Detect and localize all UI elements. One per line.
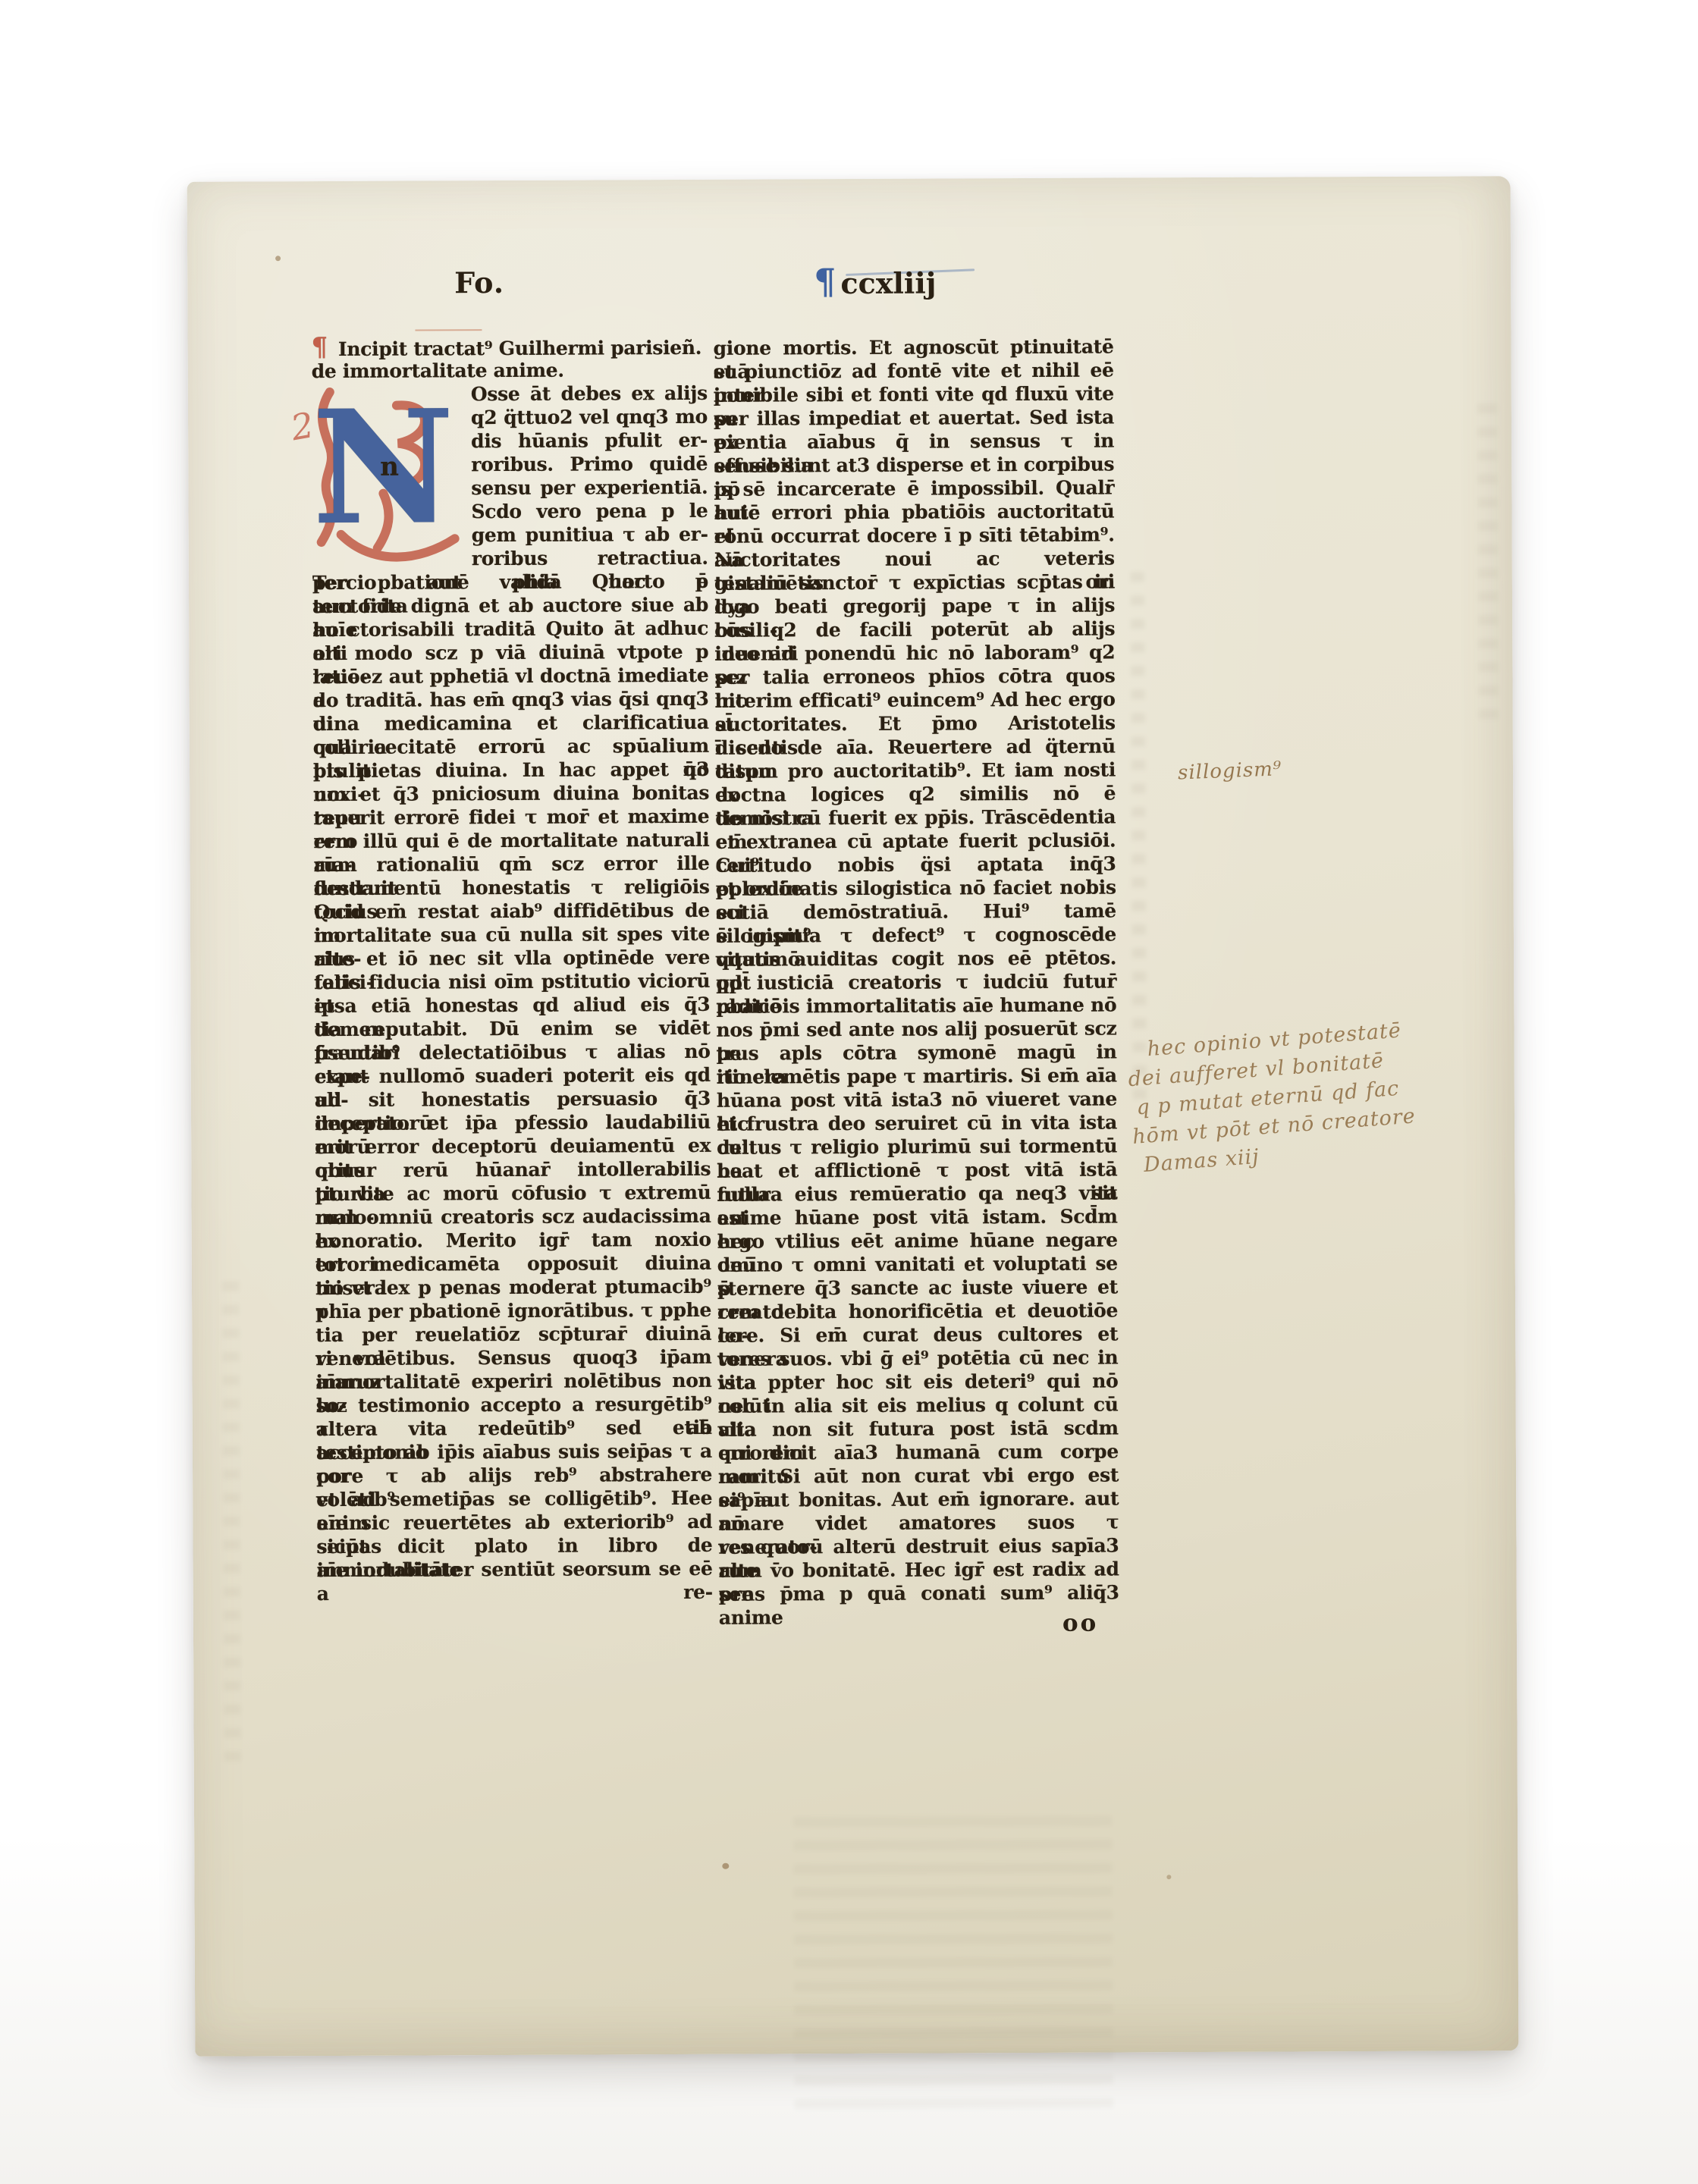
text-line: amare videt amatores suos τ venerato- (718, 1510, 1119, 1535)
text-line: beat et afflictionē τ post vitā istā nul… (717, 1157, 1117, 1182)
text-line: ī scdo de aīa. Reuertere ad q̈ternū disp… (715, 734, 1116, 759)
incipit-heading-line-1: ¶Incipit tractat⁹ Guilhermi parisieñ. (312, 334, 708, 359)
text-line: ista ppter hoc sit eis deteri⁹ qui nō co… (717, 1369, 1118, 1394)
text-line: rum rationaliū qm̄ scz error ille destru… (313, 852, 709, 877)
text-line: qua cecitatē errorū ac spūalium ptulit n… (313, 734, 709, 759)
text-line: erit error deceptorū deuiamentū ex qbus (315, 1134, 711, 1159)
right-column: gione mortis. Et agnoscūt ptinuitatē suā… (714, 334, 1119, 1605)
text-line: huic errori phia pbatiōis auctoritatū et (714, 499, 1114, 524)
text-line: eutiā demōstratiuā. Hui⁹ tamē silogism⁹ (716, 899, 1116, 924)
text-line: tio vt lex p penas moderat ptumacib⁹ τ (315, 1275, 711, 1300)
margin-note-sillogismus: sillogism⁹ (1177, 758, 1282, 784)
text-line: interim efficati⁹ euincem⁹ Ad hec ergo s… (715, 687, 1116, 712)
ink-speck (1166, 1875, 1171, 1879)
text-line: ipsa etiā honestas qd aliud eis q̄3 deme… (314, 993, 710, 1018)
text-line: gione mortis. Et agnoscūt ptinuitatē suā (714, 334, 1114, 359)
text-line: rius et iō nec sit vlla optinēde vere fe… (314, 946, 710, 971)
text-line: aīe indubitāter sentiūt seorsum se eē a … (317, 1557, 713, 1582)
text-line: Quid em̄ restat aiab⁹ diffidētibus de im (314, 899, 710, 924)
text-line: is sē incarcerate ē impossibil. Qualr̄ a… (714, 475, 1114, 500)
text-line: pore τ ab alijs reb⁹ abstrahere volētib⁹ (316, 1463, 712, 1488)
text-line: et ordinatis silogistica nō faciet nobis… (716, 875, 1116, 900)
text-line: accepto ab ip̄is aīabus suis seip̄as τ a… (316, 1439, 712, 1464)
text-line: sens p̄ma p quā conati sum⁹ aliq̄3 anime (719, 1580, 1119, 1605)
text-line: um et q̄3 pniciosum diuina bonitas repu (313, 781, 709, 806)
margin-note-handwritten: hec opinio vt potestatēdei aufferet vl b… (1125, 1010, 1499, 1181)
text-line: nec in alia sit eis melius q colunt cū a… (718, 1392, 1119, 1417)
text-line: ram. Si aūt non curat vbi ergo est sapīa (718, 1463, 1119, 1488)
text-line: per illas impediat et auertat. Sed ista … (714, 405, 1114, 430)
text-line: latiōez aut pphetiā vl doctnā imediate a (312, 664, 708, 689)
text-line: bis pietas diuina. In hac appet q̄3 noxi… (313, 758, 709, 783)
text-line: per talia erroneos phīos cōtra quos hic (714, 664, 1115, 689)
text-line: omīno τ omni vanitati et voluptati se p̄ (717, 1251, 1118, 1276)
text-line: vitatis auiditas cogit nos eē ptētos. pp… (716, 946, 1116, 971)
text-line: fundamentū honestatis τ religiōis tocius (314, 875, 710, 900)
text-line: auctoritates. Et p̄mo Aristotelis dicent… (715, 711, 1116, 736)
text-line: deceptio. et ip̄a pfessio laudabiliū mor… (315, 1110, 711, 1135)
text-line: et frustra deo seruiret cū in vita ista … (717, 1110, 1117, 1135)
text-line: futura eius remūeratio qa neq3 vita est (717, 1181, 1117, 1206)
text-line: rōnū occurrat docere ī p sīti tētabim⁹. … (714, 522, 1115, 548)
folio-number: ccxliij (840, 266, 936, 301)
text-line: ctant nullomō suaderi poterit eis qd ali… (315, 1063, 711, 1088)
text-line: res quorū alterū destruit eius sapīa3 al… (718, 1533, 1119, 1558)
text-line: auctoritates noui ac veteris testamētis … (714, 546, 1115, 571)
red-paraph-icon: ¶ (311, 332, 328, 362)
text-line: sternere q̄3 sancte ac iuste viuere et c… (717, 1275, 1118, 1300)
text-line: cultus τ religio plurimū sui tormentū ha (717, 1134, 1117, 1159)
text-line: anime hūane post vitā istam. Scd̄m hec (717, 1204, 1118, 1229)
text-line: doctna logices q2 similis nō ē demōstra (715, 781, 1116, 806)
faint-red-rule (415, 329, 482, 331)
text-line: tia reputabit. Dū enim se vidēt fraudari (314, 1016, 710, 1041)
folio-label: Fo. (454, 265, 504, 300)
text-line: rum omniū creatoris scz audacissima ex (315, 1204, 711, 1229)
signature-mark: oo (1062, 1610, 1099, 1637)
initial-letter-n-art: N n (307, 379, 469, 571)
text-line: effuse sunt at3 disperse et in corpibus … (714, 452, 1114, 477)
text-line: mortalitate sua cū nulla sit spes vite a… (314, 922, 710, 947)
text-line: tio vite ac morū cōfusio τ extremū malo- (315, 1181, 711, 1206)
text-line: ponibile sibi et fonti vite qd fluxū vit… (714, 381, 1114, 406)
text-line: vita non sit futura post istā scdm error… (718, 1416, 1119, 1441)
text-line: tia per reuelatiōz scp̄turar̄ diuinā ven… (315, 1322, 711, 1347)
text-line: et ad semetip̄as se colligētib⁹. Hee eni… (316, 1486, 712, 1511)
guide-letter: n (380, 452, 399, 482)
left-column: ¶Incipit tractat⁹ Guilhermi parisieñ. de… (312, 334, 713, 1582)
text-line: uina medicamina et clarificatiua colliri… (313, 711, 709, 736)
text-line: et piunctiōz ad fontē vite et nihil eē i… (714, 358, 1114, 383)
text-line: immortalitatē experiri nolētibus non so- (315, 1369, 711, 1394)
ink-speck (275, 256, 281, 261)
text-line: tatis fiducia nisi oīm pstitutio viciorū… (314, 969, 710, 994)
text-line: tot medicamēta opposuit diuina misera (315, 1251, 711, 1276)
text-line: bus q2 de facili poterūt ab alijs inueni… (714, 617, 1115, 642)
text-line: pientia aīabus q̄ in sensus τ in sensibi… (714, 428, 1114, 453)
text-line: ei⁹ aut bonitas. Aut em̄ ignorare. aut n… (718, 1486, 1119, 1511)
text-line: rem illū qui ē de mortalitate naturali a… (313, 828, 709, 853)
text-line: luz testimonio accepto a resurgētib⁹ τ a… (316, 1392, 712, 1417)
text-line: au ctorisabili traditā Quito āt adhuc al… (312, 617, 708, 642)
text-line: logo beati gregorij pape τ in alijs cōsi… (714, 593, 1115, 618)
text-line: tem fide dignā et ab auctore siue ab hoī… (312, 593, 708, 618)
book-page: Fo. ¶ccxliij ¶Incipit tractat⁹ Guilhermi… (187, 176, 1519, 2057)
text-line: pbatiōis immortalitatis aīe humane nō (716, 993, 1116, 1018)
text-line: rum v̄o bonitatē. Hec igr̄ est radix ad … (719, 1557, 1119, 1582)
right-column-text: gione mortis. Et agnoscūt ptinuitatē suā… (714, 334, 1119, 1605)
text-line: certitudo nobis q̈si aptata inq̄3 pplexi… (715, 852, 1116, 877)
text-line: ideo ad ponendū hic nō laboram⁹ q2 scz (714, 640, 1115, 665)
text-line: rio clemētis pape τ martiris. Si em̄ aīa (717, 1063, 1117, 1088)
text-line: tores suos. vbi ḡ ei⁹ potētia cū nec in … (717, 1345, 1118, 1370)
text-line: ud sit honestatis persuasio q̄3 imperato… (315, 1087, 711, 1112)
text-line: altera vita redeūtib⁹ sed etiā testimoni… (316, 1416, 712, 1441)
text-line: sicut dicit plato in libro de immortalit… (316, 1533, 712, 1558)
text-line: qd iusticiā creatoris τ iudciū futur̄ ra… (716, 969, 1116, 994)
text-line: honoratio. Merito igr̄ tam noxio errori (315, 1228, 711, 1253)
text-line: per pbationē validā Quarto p auctorita (312, 570, 708, 595)
ink-speck (722, 1863, 729, 1869)
text-line: tio nisi cū fuerit ex pp̄is. Trāscēdenti… (715, 805, 1116, 830)
incipit-text: Incipit tractat⁹ Guilhermi parisieñ. (338, 337, 701, 360)
text-line: aīe sic reuertētes ab exteriorib⁹ ad sei… (316, 1510, 712, 1535)
text-line: trus apls cōtra symonē magū in itinera (717, 1040, 1117, 1065)
blue-paraph-icon: ¶ (814, 261, 836, 302)
text-line: tauerit errorē fidei τ mor̄ et maxime er… (313, 805, 709, 830)
text-line: do traditā. has em̄ qnq3 vias q̄si qnq3 … (313, 687, 709, 712)
decorated-initial-N: N n (312, 385, 464, 548)
photo-backdrop: Fo. ¶ccxliij ¶Incipit tractat⁹ Guilhermi… (0, 0, 1698, 2184)
text-line: qui dicit aīa3 humanā cum corpe moritu (718, 1439, 1119, 1464)
text-line: lere. Si em̄ curat deus cultores et vene… (717, 1322, 1118, 1347)
text-line: ri volētibus. Sensus quoq3 ip̄am aīaruz (315, 1345, 711, 1370)
text-line: ginaliū sanctor̄ τ expīctias scp̄tas in … (714, 570, 1115, 595)
text-line: ori modo scz p viā diuinā vtpote p reue- (312, 640, 708, 665)
folio-number-group: ¶ccxliij (814, 261, 937, 303)
text-line: hūana post vitā ista3 nō viueret vane hi… (717, 1087, 1117, 1112)
text-line: oritur rerū hūanar̄ intollerabilis pturb… (315, 1157, 711, 1182)
text-line: tatum pro auctoritatib⁹. Et iam nosti ex (715, 758, 1116, 783)
text-line: et extranea cū aptate fuerit pclusiōi. C… (715, 828, 1116, 853)
text-line: ergo vtilius eēt anime hūane negare deū (717, 1228, 1118, 1253)
text-line: rem debita honorificētia et deuotiōe co- (717, 1298, 1118, 1323)
text-line: p̄sentib⁹ delectatiōibus τ alias nō expe… (315, 1040, 711, 1065)
text-line: phīa per pbationē ignorātibus. τ pphe (315, 1298, 711, 1323)
text-line: ē impitia τ defect⁹ τ cognoscēde qquomō (716, 922, 1116, 947)
text-line: nos p̄mi sed ante nos alij posuerūt scz … (716, 1016, 1116, 1041)
